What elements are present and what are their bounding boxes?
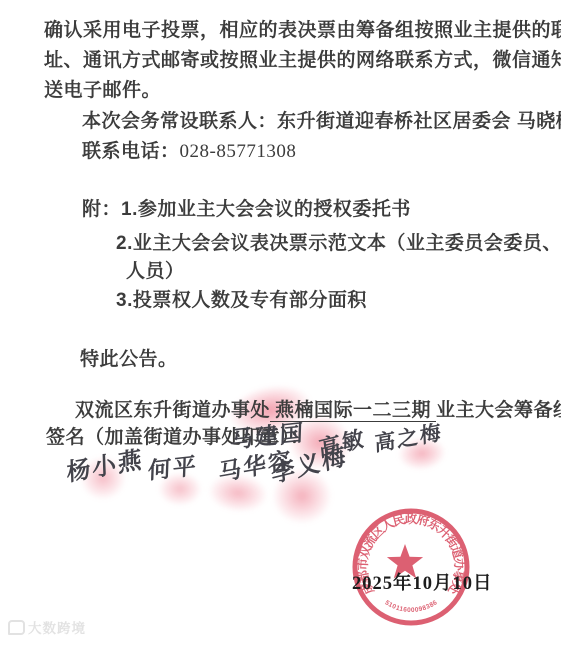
attachment-item-2-line-1: 2.业主大会会议表决票示范文本（业主委员会委员、财务 (116, 233, 561, 256)
seal-code: 51011600098386 (383, 599, 438, 614)
phone-number: 028-85771308 (180, 141, 297, 162)
footer-org-prefix: 双流区东升街道办事处 (75, 400, 270, 421)
attachments-label: 附： (82, 199, 121, 220)
attachment-item-3: 3.投票权人数及专有部分面积 (116, 290, 367, 313)
seal-date: 2025年10月10日 (352, 569, 492, 595)
body-line-2: 址、通讯方式邮寄或按照业主提供的网络联系方式，微信通知或发 (44, 50, 561, 73)
closing-statement: 特此公告。 (80, 349, 178, 372)
attachments-line-1: 附：1.参加业主大会会议的授权委托书 (82, 199, 411, 222)
handwritten-signature: 何平 (148, 447, 199, 486)
footer-org-line: 双流区东升街道办事处燕楠国际一二三期业主大会筹备组组长 (75, 400, 561, 423)
contact-person-line: 本次会务常设联系人：东升街道迎春桥社区居委会 马晓彬 (82, 111, 561, 134)
official-seal-graphic: 成都市双流区人民政府东升街道办事处 51011600098386 (351, 507, 473, 629)
notice-document-page: 确认采用电子投票，相应的表决票由筹备组按照业主提供的联系地 址、通讯方式邮寄或按… (0, 0, 561, 645)
svg-text:51011600098386: 51011600098386 (383, 599, 438, 614)
body-line-3: 送电子邮件。 (44, 80, 161, 103)
watermark: 大数跨境 (8, 617, 86, 637)
watermark-text: 大数跨境 (28, 617, 86, 637)
phone-label: 联系电话： (82, 141, 180, 162)
body-line-1: 确认采用电子投票，相应的表决票由筹备组按照业主提供的联系地 (44, 20, 561, 43)
official-seal: 成都市双流区人民政府东升街道办事处 51011600098386 (351, 507, 473, 629)
attachment-item-1: 1.参加业主大会会议的授权委托书 (121, 199, 411, 220)
attachment-item-2-line-2: 人员） (126, 261, 185, 284)
contact-phone-line: 联系电话：028-85771308 (82, 141, 296, 164)
watermark-logo-icon (8, 620, 25, 635)
footer-org-suffix: 业主大会筹备组组长 (436, 400, 561, 421)
